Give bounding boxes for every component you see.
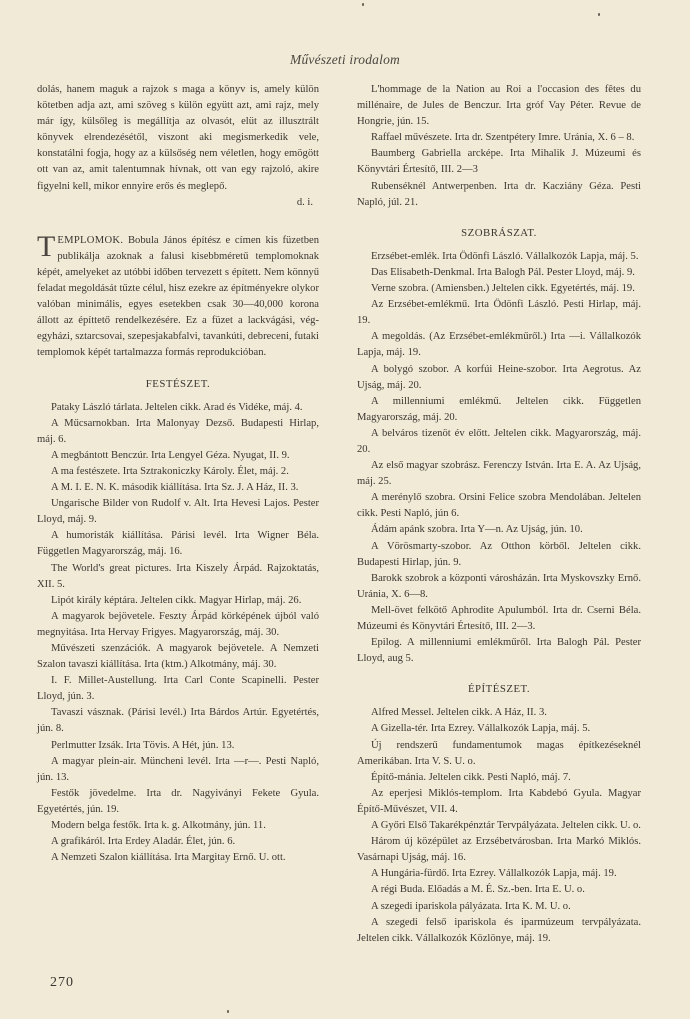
bibliography-entry: A bolygó szobor. A korfúi Heine-szobor. … xyxy=(357,362,641,394)
section-title-epiteszet: ÉPÍTÉSZET. xyxy=(357,681,641,697)
bibliography-entry: Perlmutter Izsák. Irta Tövis. A Hét, jún… xyxy=(37,738,319,754)
bibliography-entry: A merénylő szobra. Orsini Felice szobra … xyxy=(357,490,641,522)
running-title: Művészeti irodalom xyxy=(0,52,690,68)
paper-speck xyxy=(598,13,600,16)
signature: d. i. xyxy=(37,195,319,211)
bibliography-entry: Das Elisabeth-Denkmal. Irta Balogh Pál. … xyxy=(357,265,641,281)
bibliography-entry: Építő-mánia. Jeltelen cikk. Pesti Napló,… xyxy=(357,770,641,786)
page-number: 270 xyxy=(50,975,74,991)
bibliography-entry: The World's great pictures. Irta Kiszely… xyxy=(37,561,319,593)
bibliography-entry: Lipót király képtára. Jeltelen cikk. Mag… xyxy=(37,593,319,609)
bibliography-entry: A megbántott Benczúr. Irta Lengyel Géza.… xyxy=(37,448,319,464)
bibliography-entry: Raffael művészete. Irta dr. Szentpétery … xyxy=(357,130,641,146)
bibliography-entry: Verne szobra. (Amiensben.) Jeltelen cikk… xyxy=(357,281,641,297)
bibliography-entry: Három új középület az Erzsébetvárosban. … xyxy=(357,834,641,866)
epiteszet-entries: Alfred Messel. Jeltelen cikk. A Ház, II.… xyxy=(357,705,641,946)
templomok-lead-word: EMPLOMOK. xyxy=(57,235,123,246)
bibliography-entry: Pataky László tárlata. Jeltelen cikk. Ar… xyxy=(37,400,319,416)
bibliography-entry: A Vörösmarty-szobor. Az Otthon körből. J… xyxy=(357,539,641,571)
drop-cap: T xyxy=(37,235,55,259)
bibliography-entry: A humoristák kiállítása. Párisi levél. I… xyxy=(37,528,319,560)
bibliography-entry: A szegedi ipariskola pályázata. Irta K. … xyxy=(357,899,641,915)
paper-speck xyxy=(362,3,364,6)
bibliography-entry: I. F. Millet-Austellung. Irta Carl Conte… xyxy=(37,673,319,705)
bibliography-entry: Ungarische Bilder von Rudolf v. Alt. Irt… xyxy=(37,496,319,528)
bibliography-entry: Ádám apánk szobra. Irta Y—n. Az Ujság, j… xyxy=(357,522,641,538)
bibliography-entry: A Nemzeti Szalon kiállítása. Irta Margit… xyxy=(37,850,319,866)
bibliography-entry: A megoldás. (Az Erzsébet-emlékműről.) Ir… xyxy=(357,329,641,361)
bibliography-entry: A szegedi felső ipariskola és iparmúzeum… xyxy=(357,915,641,947)
bibliography-entry: Mell-övet felkötő Aphrodite Apulumból. I… xyxy=(357,603,641,635)
right-column: L'hommage de la Nation au Roi a l'occasi… xyxy=(357,82,641,947)
bibliography-entry: L'hommage de la Nation au Roi a l'occasi… xyxy=(357,82,641,130)
bibliography-entry: Új rendszerű fundamentumok magas építkez… xyxy=(357,738,641,770)
bibliography-entry: A M. I. E. N. K. második kiállítása. Irt… xyxy=(37,480,319,496)
bibliography-entry: A magyarok bejövetele. Feszty Árpád körk… xyxy=(37,609,319,641)
bibliography-entry: Festők jövedelme. Irta dr. Nagyiványi Fe… xyxy=(37,786,319,818)
bibliography-entry: Barokk szobrok a központi városházán. Ir… xyxy=(357,571,641,603)
paper-speck xyxy=(227,1010,229,1013)
bibliography-entry: A ma festészete. Irta Sztrakoniczky Káro… xyxy=(37,464,319,480)
bibliography-entry: Az Erzsébet-emlékmű. Irta Ödönfi László.… xyxy=(357,297,641,329)
bibliography-entry: Az első magyar szobrász. Ferenczy István… xyxy=(357,458,641,490)
bibliography-entry: Rubenséknél Antwerpenben. Irta dr. Kaczi… xyxy=(357,179,641,211)
bibliography-entry: A magyar plein-air. Müncheni levél. Irta… xyxy=(37,754,319,786)
bibliography-entry: Baumberg Gabriella arcképe. Irta Mihalik… xyxy=(357,146,641,178)
bibliography-entry: A Hungária-fürdő. Irta Ezrey. Vállalkozó… xyxy=(357,866,641,882)
bibliography-entry: A régi Buda. Előadás a M. É. Sz.-ben. Ir… xyxy=(357,882,641,898)
bibliography-entry: Az eperjesi Miklós-templom. Irta Kabdebó… xyxy=(357,786,641,818)
bibliography-entry: Művészeti szenzációk. A magyarok bejövet… xyxy=(37,641,319,673)
bibliography-entry: Erzsébet-emlék. Irta Ödönfi László. Váll… xyxy=(357,249,641,265)
festeszet-continued-entries: L'hommage de la Nation au Roi a l'occasi… xyxy=(357,82,641,211)
bibliography-entry: A millenniumi emlékmű. Jeltelen cikk. Fü… xyxy=(357,394,641,426)
festeszet-entries: Pataky László tárlata. Jeltelen cikk. Ar… xyxy=(37,400,319,867)
bibliography-entry: A Műcsarnokban. Irta Malonyay Dezső. Bud… xyxy=(37,416,319,448)
szobraszat-entries: Erzsébet-emlék. Irta Ödönfi László. Váll… xyxy=(357,249,641,667)
intro-paragraph: dolás, hanem maguk a rajzok s maga a kön… xyxy=(37,82,319,195)
bibliography-entry: A belváros tizenöt év előtt. Jeltelen ci… xyxy=(357,426,641,458)
bibliography-entry: Alfred Messel. Jeltelen cikk. A Ház, II.… xyxy=(357,705,641,721)
left-column: dolás, hanem maguk a rajzok s maga a kön… xyxy=(37,82,319,866)
bibliography-entry: Epilog. A millenniumi emlékműről. Irta B… xyxy=(357,635,641,667)
section-title-szobraszat: SZOBRÁSZAT. xyxy=(357,225,641,241)
bibliography-entry: A Győri Első Takarékpénztár Tervpályázat… xyxy=(357,818,641,834)
bibliography-entry: Modern belga festők. Irta k. g. Alkotmán… xyxy=(37,818,319,834)
bibliography-entry: A Gizella-tér. Irta Ezrey. Vállalkozók L… xyxy=(357,721,641,737)
bibliography-entry: A grafikáról. Irta Erdey Aladár. Élet, j… xyxy=(37,834,319,850)
templomok-text: Bobula János építész e címen kis füzetbe… xyxy=(37,235,319,359)
section-title-festeszet: FESTÉSZET. xyxy=(37,376,319,392)
templomok-paragraph: TEMPLOMOK. Bobula János építész e címen … xyxy=(37,233,319,362)
bibliography-entry: Tavaszi vásznak. (Párisi levél.) Irta Bá… xyxy=(37,705,319,737)
